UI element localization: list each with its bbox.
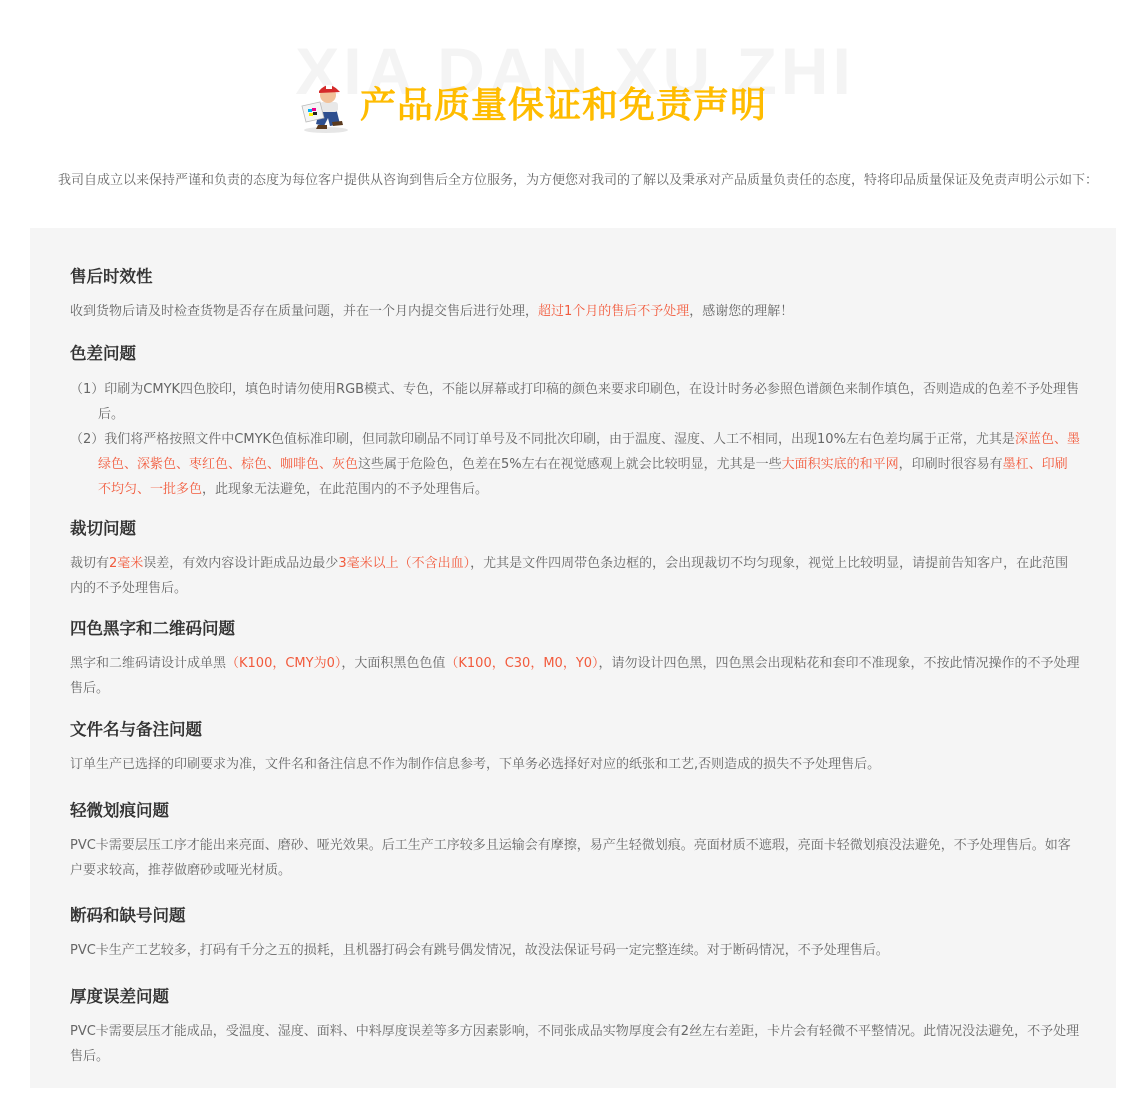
numbered-item: （2）我们将严格按照文件中CMYK色值标准印刷，但同款印刷品不同订单号及不同批次… — [70, 427, 1080, 502]
body-text: ，印刷时很容易有 — [899, 457, 1003, 472]
page-header: 产品质量保证和免责声明 — [296, 78, 767, 134]
section-heading: 轻微划痕问题 — [70, 799, 1080, 823]
body-text: PVC卡需要层压才能成品，受温度、湿度、面料、中料厚度误差等多方因素影响，不同张… — [70, 1024, 1079, 1064]
section-paragraph: 收到货物后请及时检查货物是否存在质量问题，并在一个月内提交售后进行处理，超过1个… — [70, 299, 1080, 324]
body-text: （2）我们将严格按照文件中CMYK色值标准印刷，但同款印刷品不同订单号及不同批次… — [70, 432, 1015, 447]
highlight-text: 超过1个月的售后不予处理 — [538, 304, 689, 319]
section-minor-scratches: 轻微划痕问题 PVC卡需要层压工序才能出来亮面、磨砂、哑光效果。后工生产工序较多… — [70, 799, 1080, 883]
section-paragraph: 订单生产已选择的印刷要求为准，文件名和备注信息不作为制作信息参考，下单务必选择好… — [70, 752, 1080, 777]
intro-paragraph: 我司自成立以来保持严谨和负责的态度为每位客户提供从咨询到售后全方位服务，为方便您… — [30, 168, 1120, 194]
section-paragraph: PVC卡生产工艺较多，打码有千分之五的损耗，且机器打码会有跳号偶发情况，故没法保… — [70, 938, 1080, 963]
highlight-text: （K100，C30，M0，Y0） — [445, 656, 598, 671]
section-heading: 裁切问题 — [70, 517, 1080, 541]
section-color-difference: 色差问题 （1）印刷为CMYK四色胶印，填色时请勿使用RGB模式、专色，不能以屏… — [70, 342, 1080, 502]
body-text: 收到货物后请及时检查货物是否存在质量问题，并在一个月内提交售后进行处理， — [70, 304, 538, 319]
body-text: 误差，有效内容设计距成品边最少 — [143, 556, 338, 571]
body-text: ，此现象无法避免，在此范围内的不予处理售后。 — [202, 482, 488, 497]
section-missing-numbers: 断码和缺号问题 PVC卡生产工艺较多，打码有千分之五的损耗，且机器打码会有跳号偶… — [70, 904, 1080, 963]
section-heading: 色差问题 — [70, 342, 1080, 366]
highlight-text: 3毫米以上（不含出血） — [338, 556, 470, 571]
body-text: PVC卡生产工艺较多，打码有千分之五的损耗，且机器打码会有跳号偶发情况，故没法保… — [70, 943, 889, 958]
body-text: 黑字和二维码请设计成单黑 — [70, 656, 226, 671]
body-text: （1）印刷为CMYK四色胶印，填色时请勿使用RGB模式、专色，不能以屏幕或打印稿… — [70, 382, 1079, 422]
section-heading: 断码和缺号问题 — [70, 904, 1080, 928]
section-paragraph: 黑字和二维码请设计成单黑（K100，CMY为0），大面积黑色色值（K100，C3… — [70, 651, 1080, 701]
body-text: 订单生产已选择的印刷要求为准，文件名和备注信息不作为制作信息参考，下单务必选择好… — [70, 757, 880, 772]
body-text: 裁切有 — [70, 556, 109, 571]
section-four-color-black-qr: 四色黑字和二维码问题 黑字和二维码请设计成单黑（K100，CMY为0），大面积黑… — [70, 617, 1080, 701]
body-text: ，感谢您的理解！ — [689, 304, 793, 319]
section-cutting: 裁切问题 裁切有2毫米误差，有效内容设计距成品边最少3毫米以上（不含出血），尤其… — [70, 517, 1080, 601]
body-text: ，大面积黑色色值 — [341, 656, 445, 671]
section-after-sales-timeliness: 售后时效性 收到货物后请及时检查货物是否存在质量问题，并在一个月内提交售后进行处… — [70, 265, 1080, 324]
section-heading: 厚度误差问题 — [70, 985, 1080, 1009]
section-filename-notes: 文件名与备注问题 订单生产已选择的印刷要求为准，文件名和备注信息不作为制作信息参… — [70, 718, 1080, 777]
highlight-text: 大面积实底的和平网 — [782, 457, 899, 472]
highlight-text: （K100，CMY为0） — [226, 656, 341, 671]
section-paragraph: PVC卡需要层压才能成品，受温度、湿度、面料、中料厚度误差等多方因素影响，不同张… — [70, 1019, 1080, 1069]
highlight-text: 2毫米 — [109, 556, 143, 571]
section-heading: 四色黑字和二维码问题 — [70, 617, 1080, 641]
delivery-boy-mascot-icon — [296, 78, 354, 134]
section-paragraph: 裁切有2毫米误差，有效内容设计距成品边最少3毫米以上（不含出血），尤其是文件四周… — [70, 551, 1080, 601]
section-paragraph: PVC卡需要层压工序才能出来亮面、磨砂、哑光效果。后工生产工序较多且运输会有摩擦… — [70, 833, 1080, 883]
page-title: 产品质量保证和免责声明 — [360, 78, 767, 134]
section-heading: 文件名与备注问题 — [70, 718, 1080, 742]
body-text: 这些属于危险色，色差在5%左右在视觉感观上就会比较明显，尤其是一些 — [358, 457, 782, 472]
section-heading: 售后时效性 — [70, 265, 1080, 289]
numbered-item: （1）印刷为CMYK四色胶印，填色时请勿使用RGB模式、专色，不能以屏幕或打印稿… — [70, 377, 1080, 427]
content-panel: 售后时效性 收到货物后请及时检查货物是否存在质量问题，并在一个月内提交售后进行处… — [30, 228, 1116, 1088]
section-thickness-tolerance: 厚度误差问题 PVC卡需要层压才能成品，受温度、湿度、面料、中料厚度误差等多方因… — [70, 985, 1080, 1069]
body-text: PVC卡需要层压工序才能出来亮面、磨砂、哑光效果。后工生产工序较多且运输会有摩擦… — [70, 838, 1071, 878]
